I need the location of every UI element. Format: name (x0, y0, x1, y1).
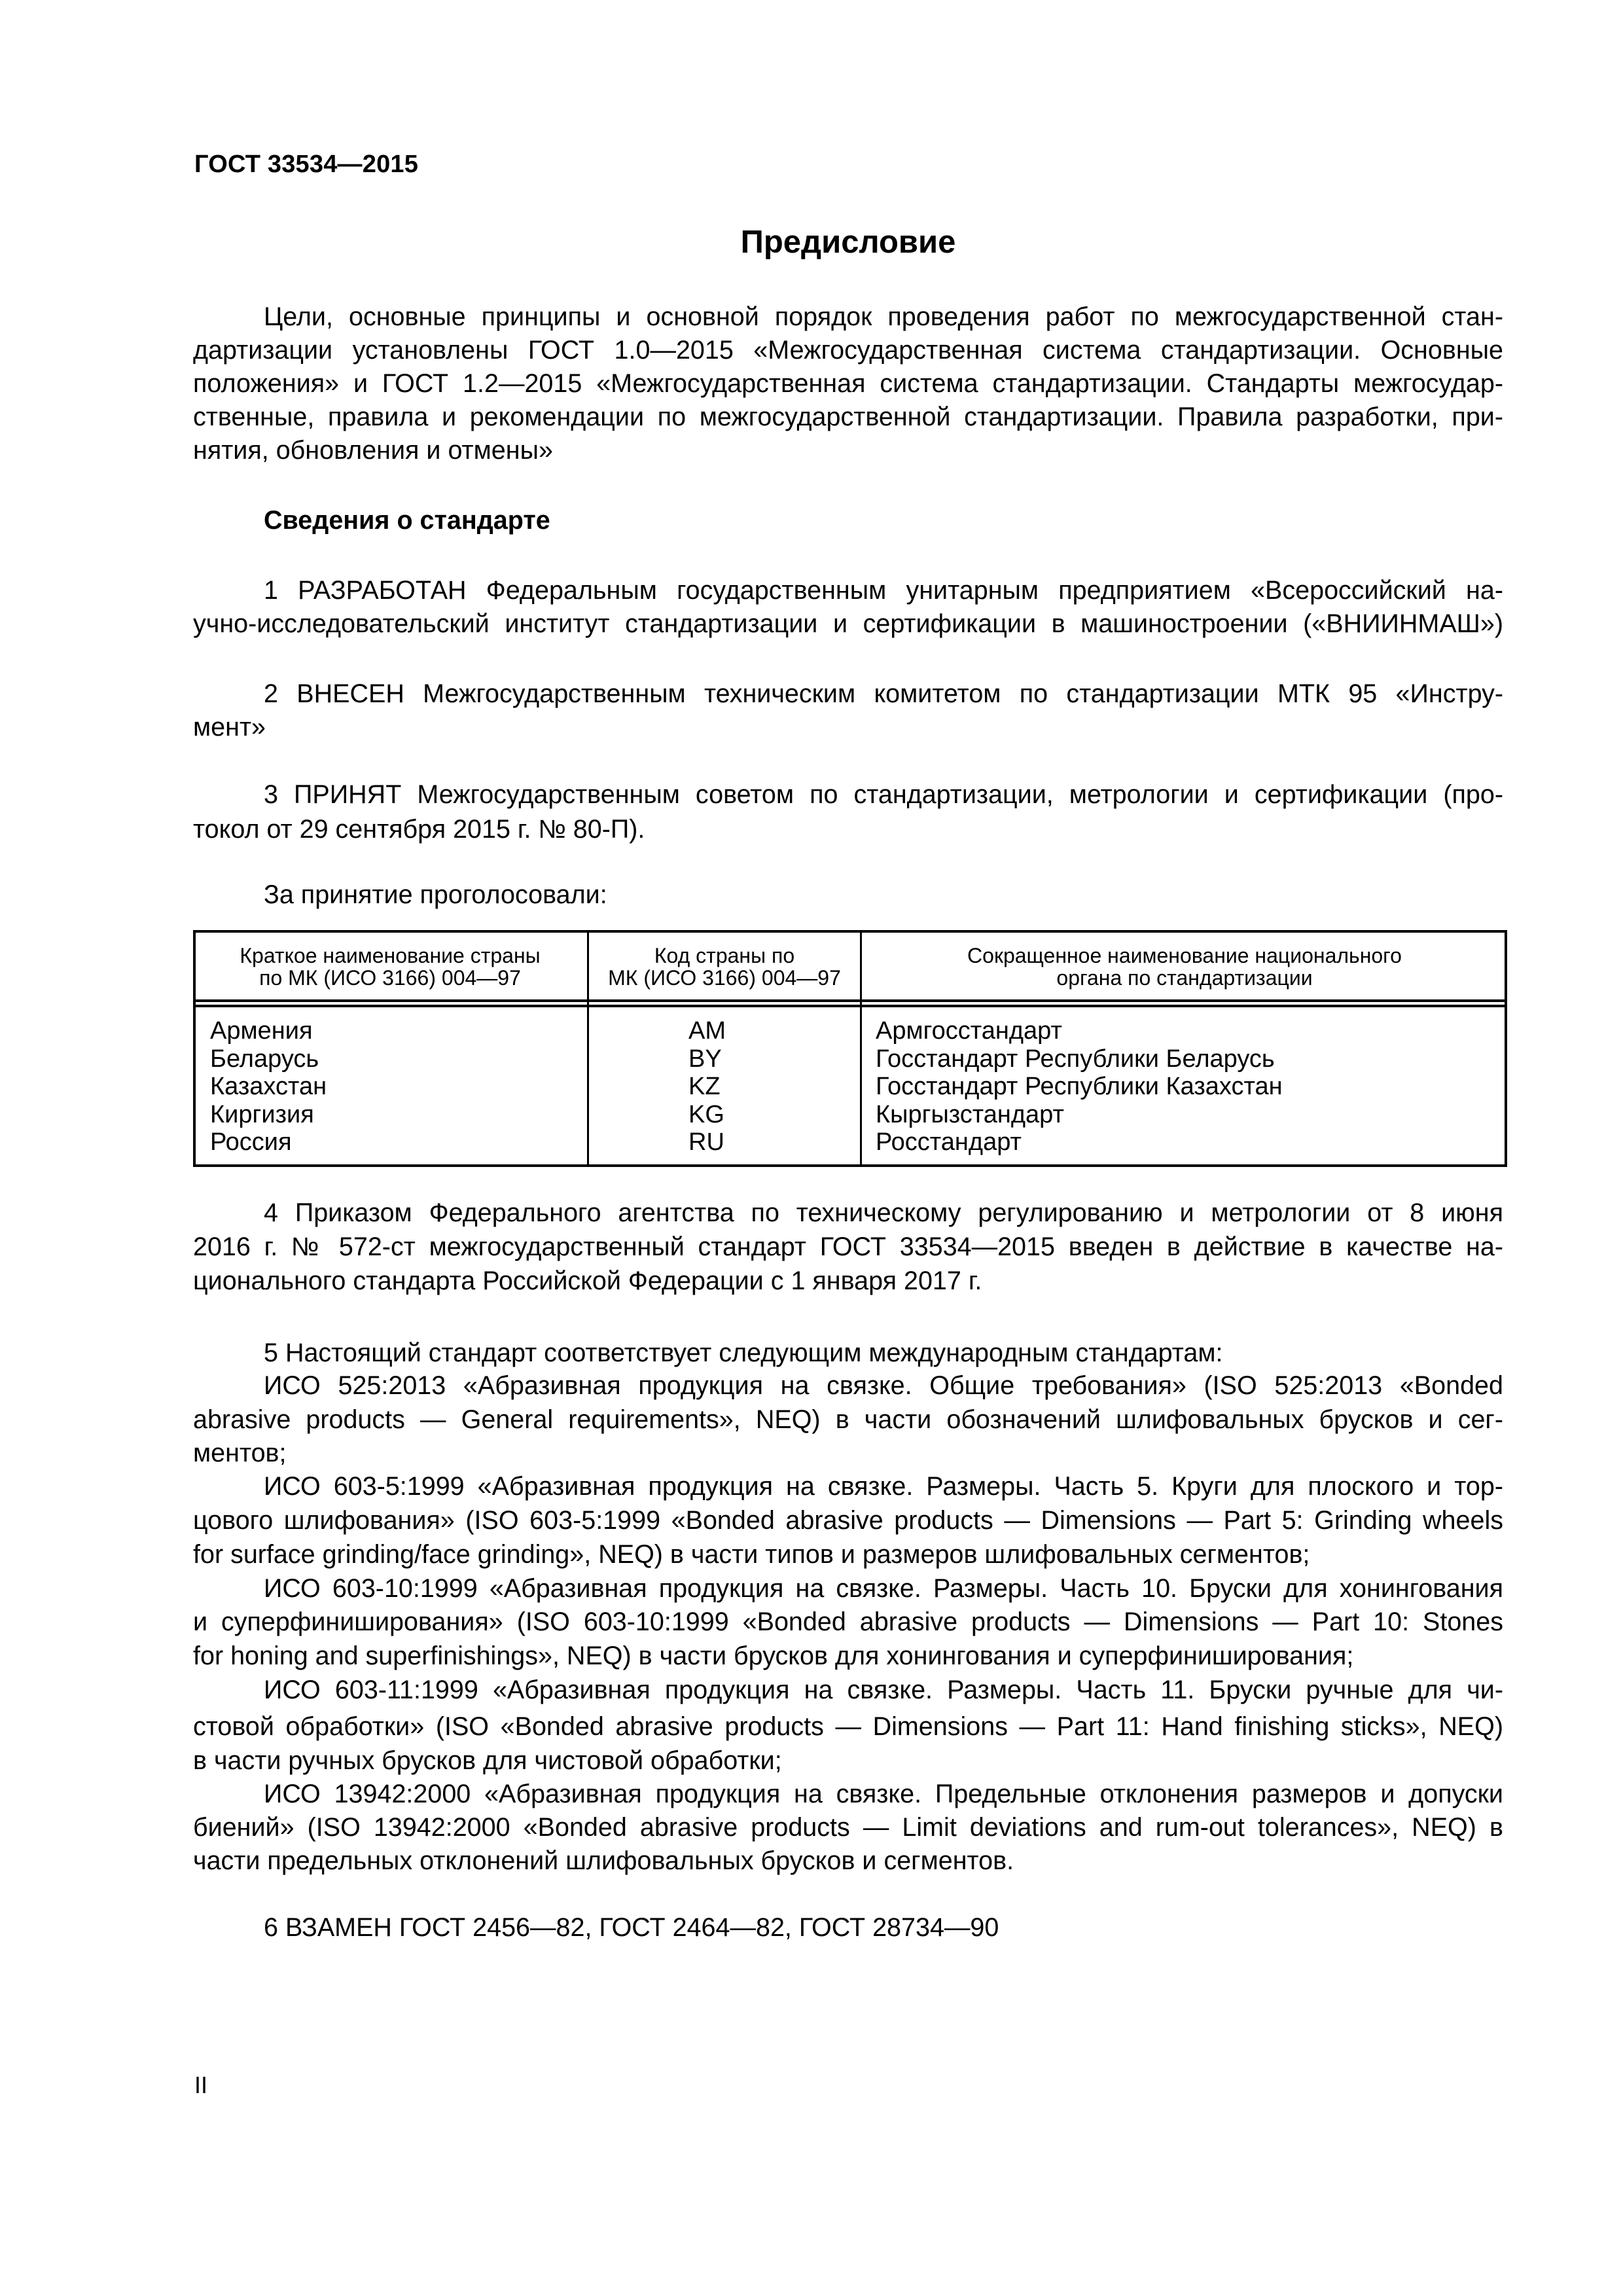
iso-603-11-line: в части ручных брусков для чистовой обра… (193, 1744, 1503, 1777)
column-header-country: Краткое наименование страны по МК (ИСО 3… (193, 944, 587, 989)
item-2-line: мент» (193, 711, 1503, 744)
iso-603-5-line: for surface grinding/face grinding», NEQ… (193, 1538, 1503, 1571)
item-5-intro: 5 Настоящий стандарт соответствует следу… (264, 1336, 1503, 1369)
voted-label: За принятие проголосовали: (264, 878, 1503, 911)
column-header-code: Код страны по МК (ИСО 3166) 004—97 (589, 944, 860, 989)
item-4-line: 4 Приказом Федерального агентства по тех… (264, 1196, 1503, 1229)
header-line: по МК (ИСО 3166) 004—97 (193, 967, 587, 989)
body-cell: Кыргызстандарт (876, 1101, 1064, 1129)
intro-line: Цели, основные принципы и основной поряд… (264, 300, 1503, 333)
code-cell: KG (688, 1101, 724, 1129)
body-cell: Армгосстандарт (876, 1017, 1062, 1045)
iso-603-10-line: и суперфиниширования» (ISO 603-10:1999 «… (193, 1605, 1503, 1638)
iso-603-11-line: ИСО 603-11:1999 «Абразивная продукция на… (264, 1674, 1503, 1706)
page-number: II (194, 2070, 207, 2101)
body-cell: Госстандарт Республики Казахстан (876, 1073, 1283, 1101)
code-cell: BY (688, 1045, 722, 1073)
header-line: Краткое наименование страны (193, 944, 587, 967)
iso-603-5-line: цового шлифования» (ISO 603-5:1999 «Bond… (193, 1504, 1503, 1537)
country-cell: Казахстан (210, 1073, 327, 1101)
intro-line: нятия, обновления и отмены» (193, 434, 1503, 467)
header-rule-lower (193, 1005, 1507, 1007)
iso-525-line: ментов; (193, 1437, 1503, 1469)
page-title: Предисловие (193, 223, 1503, 262)
header-line: органа по стандартизации (862, 967, 1507, 989)
item-3-line: токол от 29 сентября 2015 г. № 80-П). (193, 813, 1503, 846)
iso-525-line: abrasive products — General requirements… (193, 1403, 1503, 1436)
iso-13942-line: биений» (ISO 13942:2000 «Bonded abrasive… (193, 1811, 1503, 1844)
intro-line: дартизации установлены ГОСТ 1.0—2015 «Ме… (193, 334, 1503, 367)
body-cell: Госстандарт Республики Беларусь (876, 1045, 1275, 1073)
section-heading: Сведения о стандарте (264, 504, 1503, 537)
item-4-line: 2016 г. № 572-ст межгосударственный стан… (193, 1230, 1503, 1263)
column-header-body: Сокращенное наименование национального о… (862, 944, 1507, 989)
header-line: Код страны по (589, 944, 860, 967)
code-cell: RU (688, 1128, 724, 1157)
iso-603-11-line: стовой обработки» (ISO «Bonded abrasive … (193, 1710, 1503, 1743)
iso-13942-line: ИСО 13942:2000 «Абразивная продукция на … (264, 1778, 1503, 1810)
header-line: Сокращенное наименование национального (862, 944, 1507, 967)
document-page: ГОСТ 33534—2015 Предисловие Цели, основн… (0, 0, 1623, 2296)
item-6-line: 6 ВЗАМЕН ГОСТ 2456—82, ГОСТ 2464—82, ГОС… (264, 1911, 1503, 1944)
item-4-line: ционального стандарта Российской Федерац… (193, 1265, 1503, 1297)
intro-line: положения» и ГОСТ 1.2—2015 «Межгосударст… (193, 367, 1503, 400)
iso-13942-line: части предельных отклонений шлифовальных… (193, 1844, 1503, 1877)
country-cell: Россия (210, 1128, 292, 1157)
country-cell: Киргизия (210, 1101, 314, 1129)
document-designation: ГОСТ 33534—2015 (194, 148, 418, 181)
item-2-line: 2 ВНЕСЕН Межгосударственным техническим … (264, 677, 1503, 710)
item-3-line: 3 ПРИНЯТ Межгосударственным советом по с… (264, 778, 1503, 811)
item-1-line: учно-исследовательский институт стандарт… (193, 607, 1503, 640)
iso-603-10-line: for honing and superfinishings», NEQ) в … (193, 1640, 1503, 1672)
country-cell: Беларусь (210, 1045, 319, 1073)
body-cell: Росстандарт (876, 1128, 1022, 1157)
header-line: МК (ИСО 3166) 004—97 (589, 967, 860, 989)
iso-603-5-line: ИСО 603-5:1999 «Абразивная продукция на … (264, 1470, 1503, 1503)
intro-line: ственные, правила и рекомендации по межг… (193, 401, 1503, 433)
code-cell: AM (688, 1017, 726, 1045)
item-1-line: 1 РАЗРАБОТАН Федеральным государственным… (264, 574, 1503, 607)
country-cell: Армения (210, 1017, 313, 1045)
iso-603-10-line: ИСО 603-10:1999 «Абразивная продукция на… (264, 1572, 1503, 1605)
code-cell: KZ (688, 1073, 721, 1101)
iso-525-line: ИСО 525:2013 «Абразивная продукция на св… (264, 1369, 1503, 1402)
header-rule-upper (193, 999, 1507, 1002)
